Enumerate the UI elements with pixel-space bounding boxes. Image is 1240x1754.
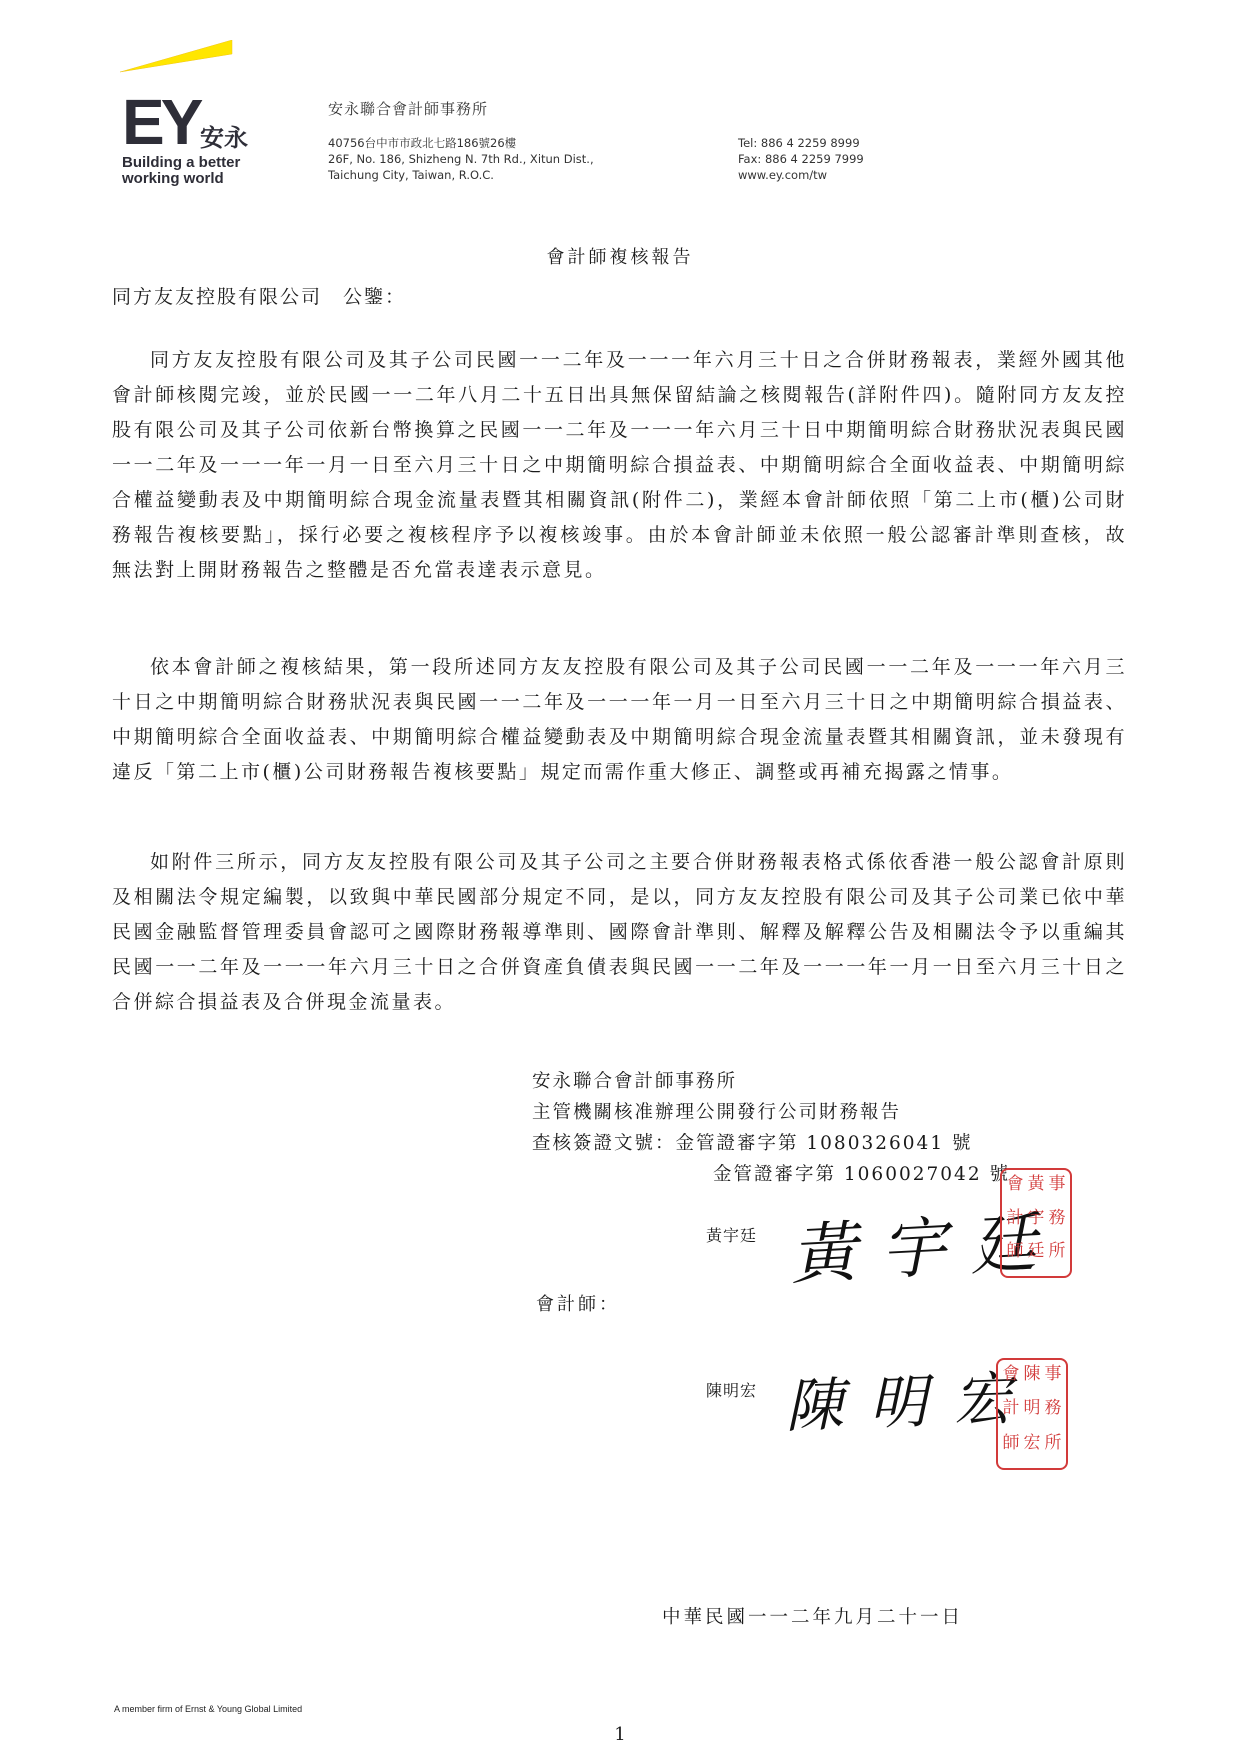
accountant-2-name: 陳明宏	[706, 1378, 757, 1401]
letterhead-address: 40756台中市市政北七路186號26樓 26F, No. 186, Shizh…	[328, 135, 594, 183]
certificate-number-2: 金管證審字第 1060027042 號	[532, 1159, 1010, 1190]
signoff-firm-name: 安永聯合會計師事務所	[532, 1066, 1010, 1097]
address-line-2: 26F, No. 186, Shizheng N. 7th Rd., Xitun…	[328, 151, 594, 167]
paragraph-2: 依本會計師之複核結果，第一段所述同方友友控股有限公司及其子公司民國一一二年及一一…	[112, 650, 1127, 790]
ey-logo-mark: EY	[122, 90, 199, 154]
page-number: 1	[0, 1724, 1240, 1745]
document-title: 會計師複核報告	[0, 243, 1240, 269]
report-date: 中華民國一一二年九月二十一日	[662, 1603, 963, 1629]
ey-logo: EY 安永 Building a better working world	[120, 40, 280, 190]
tel-number: Tel: 886 4 2259 8999	[738, 135, 864, 151]
seal-char: 務	[1043, 1397, 1063, 1430]
tagline-line-2: working world	[122, 171, 240, 187]
address-line-1: 40756台中市市政北七路186號26樓	[328, 135, 594, 151]
seal-char: 師	[1005, 1240, 1025, 1273]
salutation: 同方友友控股有限公司 公鑒：	[112, 282, 406, 309]
seal-char: 明	[1022, 1397, 1042, 1430]
seal-char: 所	[1043, 1432, 1063, 1465]
seal-char: 計	[1005, 1207, 1025, 1240]
cpa-label: 會計師：	[536, 1290, 620, 1316]
seal-char: 計	[1001, 1397, 1021, 1430]
seal-char: 事	[1043, 1363, 1063, 1396]
tagline-line-1: Building a better	[122, 155, 240, 171]
ey-beam-icon	[120, 40, 240, 80]
accountant-1-name: 黃宇廷	[706, 1223, 757, 1246]
accountant-2-seal: 會 陳 事 計 明 務 師 宏 所	[996, 1358, 1068, 1470]
accountant-1-seal: 會 黃 事 計 宇 務 師 廷 所	[1000, 1168, 1072, 1278]
letterhead-firm-name: 安永聯合會計師事務所	[328, 98, 488, 119]
address-line-3: Taichung City, Taiwan, R.O.C.	[328, 167, 594, 183]
signoff-block: 安永聯合會計師事務所 主管機關核准辦理公開發行公司財務報告 查核簽證文號：金管證…	[532, 1066, 1010, 1190]
approval-line: 主管機關核准辦理公開發行公司財務報告	[532, 1097, 1010, 1128]
seal-char: 事	[1047, 1173, 1067, 1206]
seal-char: 所	[1047, 1240, 1067, 1273]
seal-char: 宇	[1026, 1207, 1046, 1240]
seal-char: 會	[1005, 1173, 1025, 1206]
website-link[interactable]: www.ey.com/tw	[738, 167, 864, 183]
seal-char: 會	[1001, 1363, 1021, 1396]
seal-char: 黃	[1026, 1173, 1046, 1206]
ey-logo-chinese: 安永	[200, 118, 248, 153]
seal-char: 陳	[1022, 1363, 1042, 1396]
paragraph-3: 如附件三所示，同方友友控股有限公司及其子公司之主要合併財務報表格式係依香港一般公…	[112, 845, 1127, 1020]
seal-char: 務	[1047, 1207, 1067, 1240]
ey-tagline: Building a better working world	[122, 155, 240, 187]
letterhead-contact: Tel: 886 4 2259 8999 Fax: 886 4 2259 799…	[738, 135, 864, 183]
member-firm-note: A member firm of Ernst & Young Global Li…	[114, 1704, 302, 1714]
fax-number: Fax: 886 4 2259 7999	[738, 151, 864, 167]
certificate-number-1: 查核簽證文號：金管證審字第 1080326041 號	[532, 1128, 1010, 1159]
paragraph-1: 同方友友控股有限公司及其子公司民國一一二年及一一一年六月三十日之合併財務報表，業…	[112, 343, 1127, 588]
seal-char: 宏	[1022, 1432, 1042, 1465]
seal-char: 廷	[1026, 1240, 1046, 1273]
seal-char: 師	[1001, 1432, 1021, 1465]
